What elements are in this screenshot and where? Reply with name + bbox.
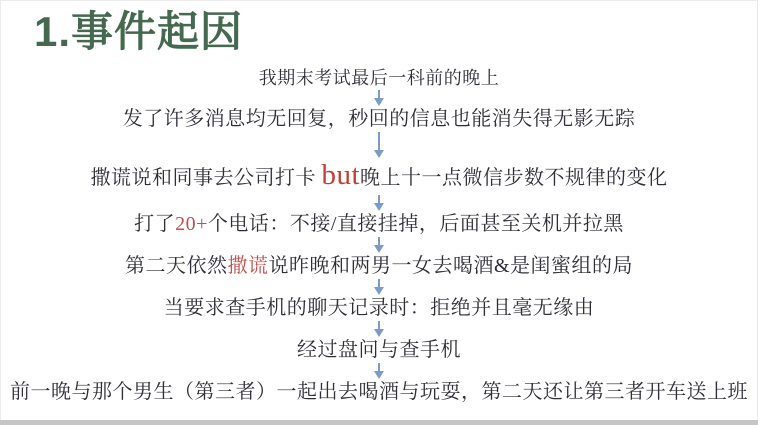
down-arrow-icon [372, 132, 386, 158]
event-flow-diagram: 我期末考试最后一科前的晚上 发了许多消息均无回复，秒回的信息也能消失得无影无踪 … [0, 66, 758, 405]
flow-step-1: 我期末考试最后一科前的晚上 [259, 66, 500, 90]
step-text: 发了许多消息均无回复，秒回的信息也能消失得无影无踪 [123, 108, 636, 130]
flow-step-2: 发了许多消息均无回复，秒回的信息也能消失得无影无踪 [123, 106, 636, 132]
flow-step-8: 前一晚与那个男生（第三者）一起出去喝酒与玩耍，第二天还让第三者开车送上班 [10, 379, 748, 405]
but-highlight: but [321, 159, 360, 191]
lie-highlight: 撒谎 [227, 255, 268, 277]
bottom-edge-shadow [0, 420, 758, 425]
step-text: 说昨晚和两男一女去喝酒&是闺蜜组的局 [268, 255, 633, 277]
title-number: 1. [34, 8, 71, 55]
down-arrow-icon [372, 363, 386, 379]
down-arrow-icon [372, 237, 386, 253]
flow-step-4: 打了20+个电话：不接/直接挂掉，后面甚至关机并拉黑 [134, 211, 624, 237]
step-text: 晚上十一点微信步数不规律的变化 [360, 167, 668, 189]
down-arrow-icon [372, 195, 386, 211]
flow-step-7: 经过盘问与查手机 [297, 337, 461, 363]
presentation-slide: 1.事件起因 我期末考试最后一科前的晚上 发了许多消息均无回复，秒回的信息也能消… [0, 0, 758, 425]
step-text: 第二天依然 [125, 255, 228, 277]
down-arrow-icon [372, 279, 386, 295]
slide-title: 1.事件起因 [34, 6, 243, 58]
step-text: 经过盘问与查手机 [297, 339, 461, 361]
flow-step-5: 第二天依然撒谎说昨晚和两男一女去喝酒&是闺蜜组的局 [125, 253, 633, 279]
step-text: 个电话：不接/直接挂掉，后面甚至关机并拉黑 [208, 213, 624, 235]
step-text: 撒谎说和同事去公司打卡 [90, 167, 321, 189]
down-arrow-icon [372, 321, 386, 337]
flow-step-6: 当要求查手机的聊天记录时：拒绝并且毫无缘由 [164, 295, 595, 321]
step-text: 我期末考试最后一科前的晚上 [259, 68, 500, 88]
flow-step-3: 撒谎说和同事去公司打卡 but晚上十一点微信步数不规律的变化 [90, 158, 667, 195]
count-highlight: 20+ [175, 213, 208, 235]
step-text: 当要求查手机的聊天记录时：拒绝并且毫无缘由 [164, 297, 595, 319]
title-text: 事件起因 [71, 8, 243, 55]
down-arrow-icon [372, 90, 386, 106]
step-text: 前一晚与那个男生（第三者）一起出去喝酒与玩耍，第二天还让第三者开车送上班 [10, 381, 748, 403]
step-text: 打了 [134, 213, 175, 235]
